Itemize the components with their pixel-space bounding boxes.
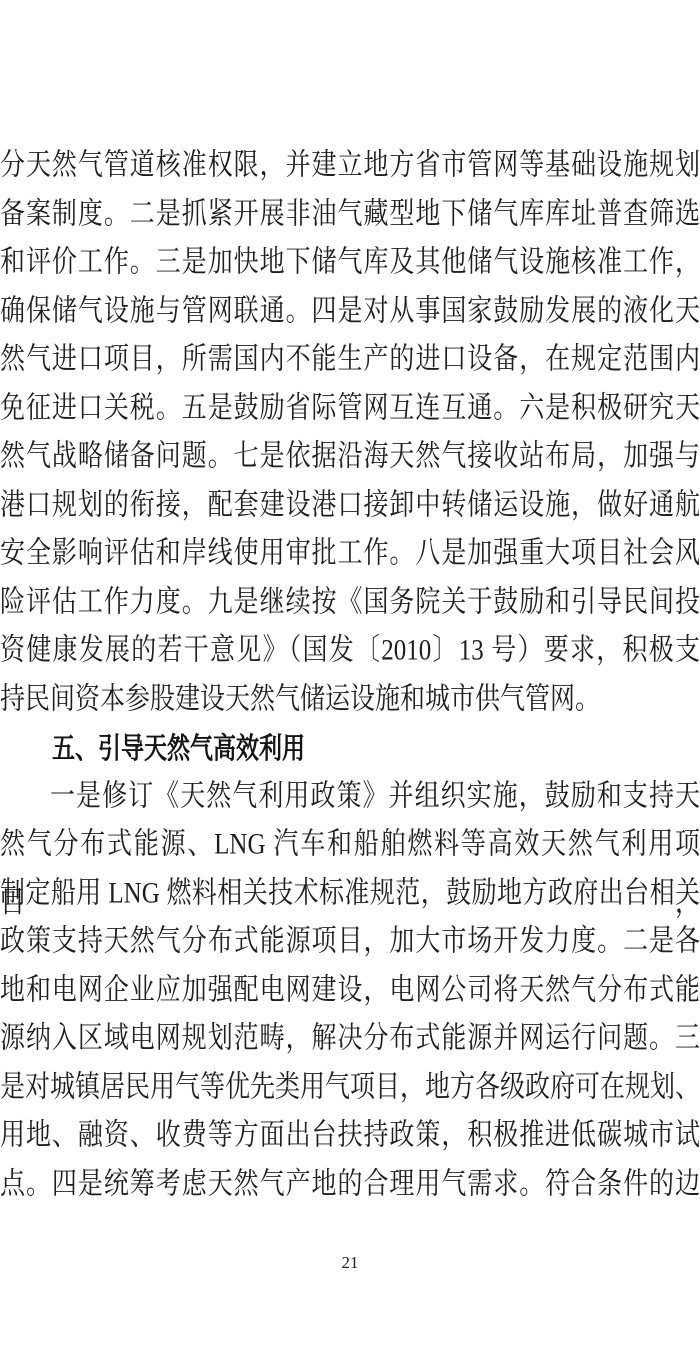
- page-number: 21: [0, 1251, 700, 1275]
- document-page: 分天然气管道核准权限，并建立地方省市管网等基础设施规划备案制度。二是抓紧开展非油…: [0, 0, 700, 1358]
- page-text: 分天然气管道核准权限，并建立地方省市管网等基础设施规划备案制度。二是抓紧开展非油…: [0, 142, 700, 1209]
- text-line: 点。四是统筹考虑天然气产地的合理用气需求。符合条件的边: [0, 1156, 700, 1214]
